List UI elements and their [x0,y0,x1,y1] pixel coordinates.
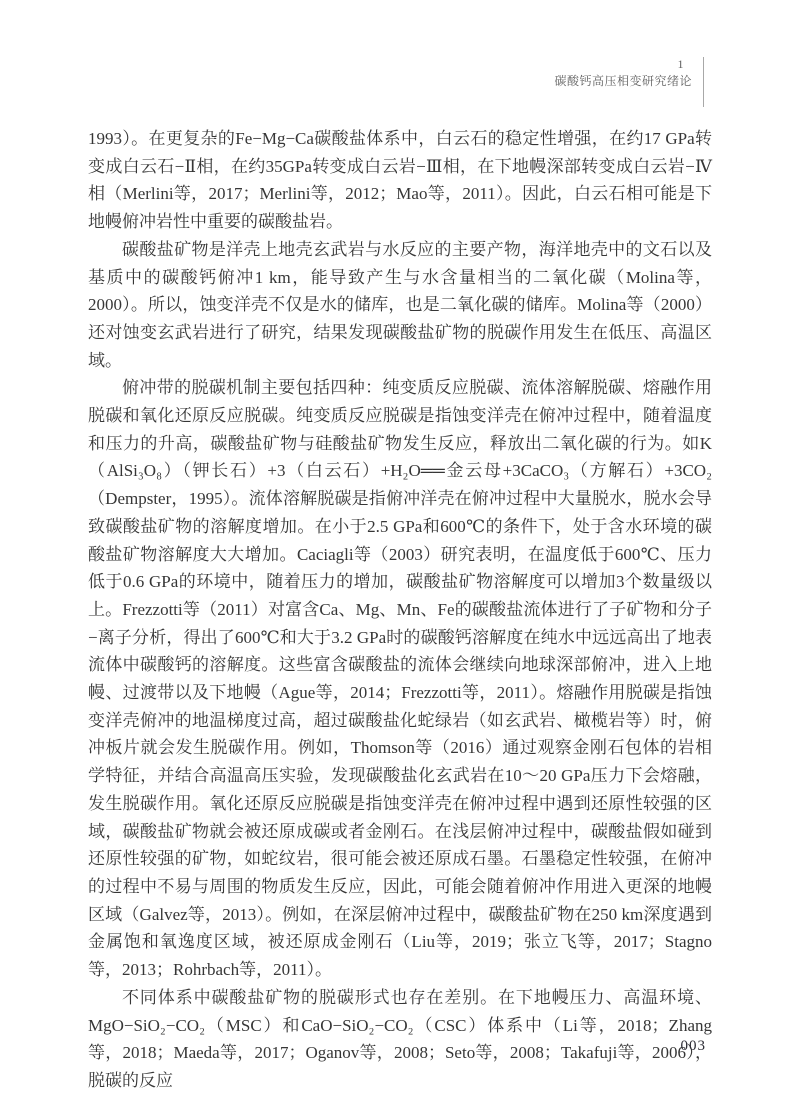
body-paragraph: 不同体系中碳酸盐矿物的脱碳形式也存在差别。在下地幔压力、高温环境、MgO−SiO… [88,984,712,1095]
running-head: 1 碳酸钙高压相变研究绪论 [554,57,692,89]
header-vertical-rule [703,57,704,107]
body-paragraph: 1993）。在更复杂的Fe−Mg−Ca碳酸盐体系中，白云石的稳定性增强，在约17… [88,125,712,236]
header-chapter-title: 碳酸钙高压相变研究绪论 [554,74,692,89]
header-page-number: 1 [554,57,692,72]
body-paragraph: 俯冲带的脱碳机制主要包括四种：纯变质反应脱碳、流体溶解脱碳、熔融作用脱碳和氧化还… [88,374,712,983]
body-text-block: 1993）。在更复杂的Fe−Mg−Ca碳酸盐体系中，白云石的稳定性增强，在约17… [88,125,712,1095]
footer-page-number: 003 [681,1038,707,1055]
book-page: 1 碳酸钙高压相变研究绪论 1993）。在更复杂的Fe−Mg−Ca碳酸盐体系中，… [0,0,799,1114]
body-paragraph: 碳酸盐矿物是洋壳上地壳玄武岩与水反应的主要产物，海洋地壳中的文石以及基质中的碳酸… [88,236,712,375]
